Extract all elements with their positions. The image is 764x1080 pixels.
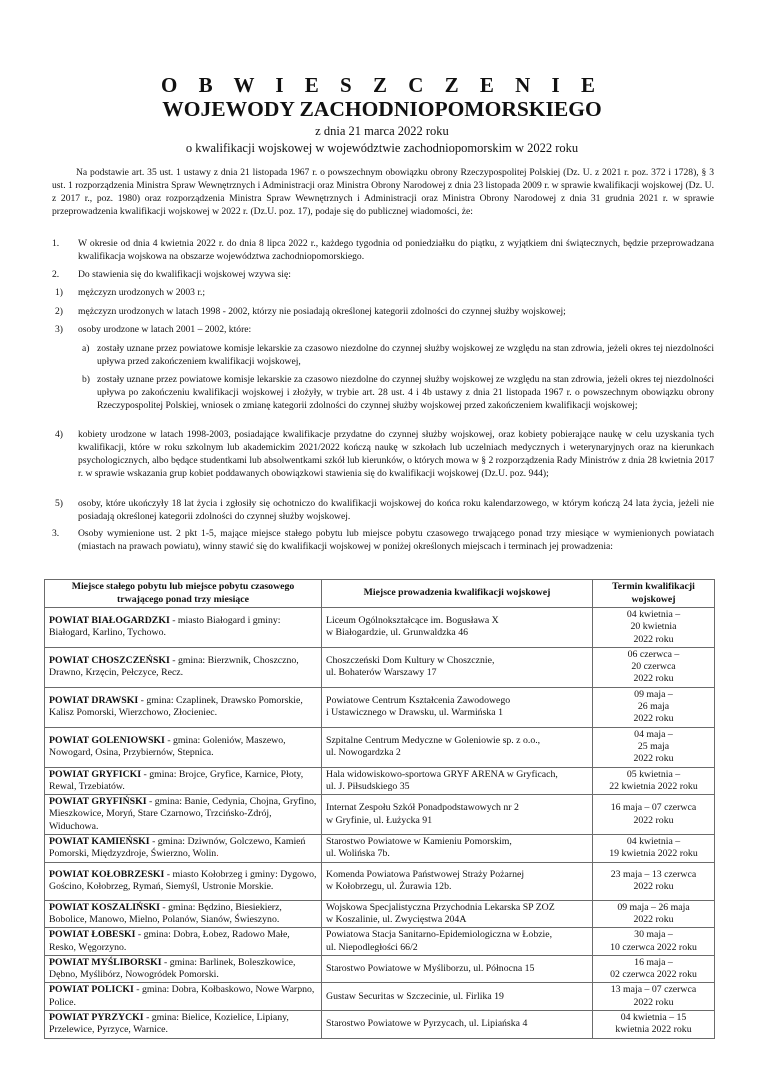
cell-location: Internat Zespołu Szkół Ponadpodstawowych…	[322, 795, 593, 835]
cell-residence: POWIAT KOSZALIŃSKI - gmina: Będzino, Bie…	[45, 900, 322, 928]
location-line: w Gryfinie, ul. Łużycka 91	[326, 815, 432, 826]
term-line: 20 czerwca	[631, 661, 675, 672]
letter-text: zostały uznane przez powiatowe komisje l…	[82, 342, 714, 368]
term-line: 04 kwietnia – 15	[621, 1012, 687, 1023]
table-header-row: Miejsce stałego pobytu lub miejsce pobyt…	[45, 580, 715, 608]
location-line: Powiatowe Centrum Kształcenia Zawodowego	[326, 695, 510, 706]
cell-location: Starostwo Powiatowe w Kamieniu Pomorskim…	[322, 835, 593, 863]
table-row: POWIAT KAMIEŃSKI - gmina: Dziwnów, Golcz…	[45, 835, 715, 863]
location-line: Wojskowa Specjalistyczna Przychodnia Lek…	[326, 902, 555, 913]
point-3: 3. Osoby wymienione ust. 2 pkt 1-5, mają…	[52, 527, 714, 553]
term-line: 02 czerwca 2022 roku	[610, 969, 697, 980]
doc-title: O B W I E S Z C Z E N I E	[0, 73, 764, 97]
location-line: ul. J. Piłsudskiego 35	[326, 781, 410, 792]
subpoint-text: mężczyzn urodzonych w 2003 r.;	[55, 286, 714, 299]
cell-term: 16 maja –02 czerwca 2022 roku	[593, 955, 715, 983]
cell-location: Powiatowa Stacja Sanitarno-Epidemiologic…	[322, 928, 593, 956]
column-header-residence: Miejsce stałego pobytu lub miejsce pobyt…	[45, 580, 322, 608]
powiat-name: POWIAT BIAŁOGARDZKI	[49, 615, 170, 626]
term-line: 20 kwietnia	[631, 621, 677, 632]
powiat-name: POWIAT KOŁOBRZESKI	[49, 869, 164, 880]
term-line: 2022 roku	[633, 634, 673, 645]
location-line: Szpitalne Centrum Medyczne w Goleniowie …	[326, 735, 540, 746]
cell-residence: POWIAT DRAWSKI - gmina: Czaplinek, Draws…	[45, 687, 322, 727]
letter-b: b) zostały uznane przez powiatowe komisj…	[82, 373, 714, 412]
location-line: ul. Niepodległości 66/2	[326, 942, 418, 953]
term-line: 2022 roku	[633, 881, 673, 892]
letter-text: zostały uznane przez powiatowe komisje l…	[82, 373, 714, 412]
letter-marker: b)	[82, 373, 90, 386]
cell-term: 09 maja – 26 maja2022 roku	[593, 900, 715, 928]
term-line: 30 maja –	[634, 929, 673, 940]
powiat-name: POWIAT POLICKI	[49, 984, 134, 995]
location-line: Starostwo Powiatowe w Myśliborzu, ul. Pó…	[326, 963, 534, 974]
letter-marker: a)	[82, 342, 89, 355]
subpoint-text: osoby, które ukończyły 18 lat życia i zg…	[55, 497, 714, 523]
powiat-name: POWIAT DRAWSKI	[49, 695, 138, 706]
location-line: Choszczeński Dom Kultury w Choszcznie,	[326, 655, 494, 666]
doc-authority: WOJEWODY ZACHODNIOPOMORSKIEGO	[0, 96, 764, 122]
cell-location: Liceum Ogólnokształcące im. Bogusława Xw…	[322, 608, 593, 648]
term-line: 2022 roku	[633, 753, 673, 764]
term-line: 19 kwietnia 2022 roku	[609, 848, 697, 859]
term-line: 2022 roku	[633, 673, 673, 684]
cell-term: 04 kwietnia – 15kwietnia 2022 roku	[593, 1011, 715, 1039]
subpoint-number: 5)	[55, 497, 63, 510]
term-line: 2022 roku	[633, 997, 673, 1008]
term-line: 10 czerwca 2022 roku	[610, 942, 697, 953]
table-body: POWIAT BIAŁOGARDZKI - miasto Białogard i…	[45, 608, 715, 1039]
cell-term: 06 czerwca –20 czerwca2022 roku	[593, 647, 715, 687]
subpoint-number: 2)	[55, 305, 63, 318]
cell-term: 05 kwietnia –22 kwietnia 2022 roku	[593, 767, 715, 795]
location-line: i Ustawicznego w Drawsku, ul. Warmińska …	[326, 707, 503, 718]
cell-residence: POWIAT GOLENIOWSKI - gmina: Goleniów, Ma…	[45, 727, 322, 767]
cell-location: Wojskowa Specjalistyczna Przychodnia Lek…	[322, 900, 593, 928]
location-line: w Białogardzie, ul. Grunwaldzka 46	[326, 627, 468, 638]
term-line: 06 czerwca –	[628, 649, 680, 660]
term-line: 13 maja – 07 czerwca	[611, 984, 696, 995]
term-line: 16 maja –	[634, 957, 673, 968]
column-header-location: Miejsce prowadzenia kwalifikacji wojskow…	[322, 580, 593, 608]
term-line: 2022 roku	[633, 914, 673, 925]
cell-term: 16 maja – 07 czerwca2022 roku	[593, 795, 715, 835]
cell-residence: POWIAT ŁOBESKI - gmina: Dobra, Łobez, Ra…	[45, 928, 322, 956]
subpoint-1: 1) mężczyzn urodzonych w 2003 r.;	[55, 286, 714, 299]
point-2: 2. Do stawienia się do kwalifikacji wojs…	[52, 268, 714, 281]
subpoint-5: 5) osoby, które ukończyły 18 lat życia i…	[55, 497, 714, 523]
powiat-name: POWIAT GRYFIŃSKI	[49, 796, 147, 807]
term-line: 04 maja –	[634, 729, 673, 740]
powiat-name: POWIAT GRYFICKI	[49, 769, 141, 780]
document-page: O B W I E S Z C Z E N I E WOJEWODY ZACHO…	[0, 0, 764, 1080]
term-line: 04 kwietnia –	[627, 609, 680, 620]
location-line: ul. Nowogardzka 2	[326, 747, 401, 758]
term-line: 22 kwietnia 2022 roku	[609, 781, 697, 792]
subpoint-number: 4)	[55, 428, 63, 441]
term-line: 25 maja	[638, 741, 669, 752]
point-text: Osoby wymienione ust. 2 pkt 1-5, mające …	[52, 527, 714, 553]
location-line: w Koszalinie, ul. Zwycięstwa 204A	[326, 914, 466, 925]
cell-residence: POWIAT CHOSZCZEŃSKI - gmina: Bierzwnik, …	[45, 647, 322, 687]
cell-term: 04 kwietnia –19 kwietnia 2022 roku	[593, 835, 715, 863]
location-line: w Kołobrzegu, ul. Żurawia 12b.	[326, 881, 451, 892]
table-row: POWIAT CHOSZCZEŃSKI - gmina: Bierzwnik, …	[45, 647, 715, 687]
subpoint-number: 1)	[55, 286, 63, 299]
cell-term: 09 maja –26 maja2022 roku	[593, 687, 715, 727]
location-line: Powiatowa Stacja Sanitarno-Epidemiologic…	[326, 929, 552, 940]
point-number: 3.	[52, 527, 59, 540]
table-row: POWIAT POLICKI - gmina: Dobra, Kołbaskow…	[45, 983, 715, 1011]
term-line: 2022 roku	[633, 815, 673, 826]
powiat-name: POWIAT KAMIEŃSKI	[49, 836, 150, 847]
subpoint-number: 3)	[55, 323, 63, 336]
location-line: Starostwo Powiatowe w Kamieniu Pomorskim…	[326, 836, 512, 847]
table-row: POWIAT PYRZYCKI - gmina: Bielice, Koziel…	[45, 1011, 715, 1039]
cell-residence: POWIAT GRYFIŃSKI - gmina: Banie, Cedynia…	[45, 795, 322, 835]
point-number: 1.	[52, 237, 59, 250]
doc-date: z dnia 21 marca 2022 roku	[0, 124, 764, 139]
powiat-name: POWIAT KOSZALIŃSKI	[49, 902, 160, 913]
location-line: Komenda Powiatowa Państwowej Straży Poża…	[326, 869, 524, 880]
term-line: 04 kwietnia –	[627, 836, 680, 847]
table-row: POWIAT KOŁOBRZESKI - miasto Kołobrzeg i …	[45, 862, 715, 900]
term-line: 23 maja – 13 czerwca	[611, 869, 696, 880]
doc-subject: o kwalifikacji wojskowej w województwie …	[0, 141, 764, 156]
term-line: 09 maja – 26 maja	[617, 902, 689, 913]
table-row: POWIAT BIAŁOGARDZKI - miasto Białogard i…	[45, 608, 715, 648]
cell-term: 04 maja –25 maja2022 roku	[593, 727, 715, 767]
table-row: POWIAT ŁOBESKI - gmina: Dobra, Łobez, Ra…	[45, 928, 715, 956]
cell-residence: POWIAT MYŚLIBORSKI - gmina: Barlinek, Bo…	[45, 955, 322, 983]
term-line: 09 maja –	[634, 689, 673, 700]
location-line: Gustaw Securitas w Szczecinie, ul. Firli…	[326, 991, 504, 1002]
powiat-name: POWIAT MYŚLIBORSKI	[49, 957, 162, 968]
powiat-name: POWIAT GOLENIOWSKI	[49, 735, 165, 746]
qualification-schedule-table: Miejsce stałego pobytu lub miejsce pobyt…	[44, 579, 715, 1039]
cell-residence: POWIAT PYRZYCKI - gmina: Bielice, Koziel…	[45, 1011, 322, 1039]
cell-location: Choszczeński Dom Kultury w Choszcznie,ul…	[322, 647, 593, 687]
cell-residence: POWIAT KOŁOBRZESKI - miasto Kołobrzeg i …	[45, 862, 322, 900]
term-line: 05 kwietnia –	[627, 769, 680, 780]
subpoint-text: osoby urodzone w latach 2001 – 2002, któ…	[55, 323, 714, 336]
powiat-name: POWIAT PYRZYCKI	[49, 1012, 144, 1023]
cell-location: Hala widowiskowo-sportowa GRYF ARENA w G…	[322, 767, 593, 795]
point-text: W okresie od dnia 4 kwietnia 2022 r. do …	[52, 237, 714, 263]
cell-residence: POWIAT POLICKI - gmina: Dobra, Kołbaskow…	[45, 983, 322, 1011]
subpoint-text: kobiety urodzone w latach 1998-2003, pos…	[55, 428, 714, 480]
point-number: 2.	[52, 268, 59, 281]
location-line: ul. Wolińska 7b.	[326, 848, 390, 859]
term-line: 16 maja – 07 czerwca	[611, 802, 696, 813]
location-line: Liceum Ogólnokształcące im. Bogusława X	[326, 615, 499, 626]
table-row: POWIAT KOSZALIŃSKI - gmina: Będzino, Bie…	[45, 900, 715, 928]
subpoint-2: 2) mężczyzn urodzonych w latach 1998 - 2…	[55, 305, 714, 318]
cell-location: Gustaw Securitas w Szczecinie, ul. Firli…	[322, 983, 593, 1011]
point-1: 1. W okresie od dnia 4 kwietnia 2022 r. …	[52, 237, 714, 263]
subpoint-text: mężczyzn urodzonych w latach 1998 - 2002…	[55, 305, 714, 318]
table-row: POWIAT GRYFICKI - gmina: Brojce, Gryfice…	[45, 767, 715, 795]
term-line: kwietnia 2022 roku	[615, 1024, 691, 1035]
letter-a: a) zostały uznane przez powiatowe komisj…	[82, 342, 714, 368]
subpoint-3: 3) osoby urodzone w latach 2001 – 2002, …	[55, 323, 714, 336]
location-line: Internat Zespołu Szkół Ponadpodstawowych…	[326, 802, 519, 813]
subpoint-4: 4) kobiety urodzone w latach 1998-2003, …	[55, 428, 714, 480]
intro-paragraph: Na podstawie art. 35 ust. 1 ustawy z dni…	[52, 166, 714, 218]
point-text: Do stawienia się do kwalifikacji wojskow…	[52, 268, 714, 281]
cell-location: Powiatowe Centrum Kształcenia Zawodowego…	[322, 687, 593, 727]
cell-residence: POWIAT GRYFICKI - gmina: Brojce, Gryfice…	[45, 767, 322, 795]
cell-location: Starostwo Powiatowe w Pyrzycach, ul. Lip…	[322, 1011, 593, 1039]
powiat-name: POWIAT ŁOBESKI	[49, 929, 135, 940]
cell-residence: POWIAT BIAŁOGARDZKI - miasto Białogard i…	[45, 608, 322, 648]
cell-term: 13 maja – 07 czerwca2022 roku	[593, 983, 715, 1011]
location-line: ul. Bohaterów Warszawy 17	[326, 667, 437, 678]
area-end-mark: .	[216, 848, 218, 859]
cell-location: Szpitalne Centrum Medyczne w Goleniowie …	[322, 727, 593, 767]
location-line: Hala widowiskowo-sportowa GRYF ARENA w G…	[326, 769, 558, 780]
table-row: POWIAT GOLENIOWSKI - gmina: Goleniów, Ma…	[45, 727, 715, 767]
cell-term: 23 maja – 13 czerwca2022 roku	[593, 862, 715, 900]
cell-term: 30 maja –10 czerwca 2022 roku	[593, 928, 715, 956]
term-line: 26 maja	[638, 701, 669, 712]
column-header-term: Termin kwalifikacji wojskowej	[593, 580, 715, 608]
cell-location: Starostwo Powiatowe w Myśliborzu, ul. Pó…	[322, 955, 593, 983]
cell-term: 04 kwietnia –20 kwietnia2022 roku	[593, 608, 715, 648]
table-row: POWIAT MYŚLIBORSKI - gmina: Barlinek, Bo…	[45, 955, 715, 983]
cell-residence: POWIAT KAMIEŃSKI - gmina: Dziwnów, Golcz…	[45, 835, 322, 863]
powiat-name: POWIAT CHOSZCZEŃSKI	[49, 655, 170, 666]
table-row: POWIAT DRAWSKI - gmina: Czaplinek, Draws…	[45, 687, 715, 727]
location-line: Starostwo Powiatowe w Pyrzycach, ul. Lip…	[326, 1018, 527, 1029]
cell-location: Komenda Powiatowa Państwowej Straży Poża…	[322, 862, 593, 900]
term-line: 2022 roku	[633, 713, 673, 724]
table-row: POWIAT GRYFIŃSKI - gmina: Banie, Cedynia…	[45, 795, 715, 835]
